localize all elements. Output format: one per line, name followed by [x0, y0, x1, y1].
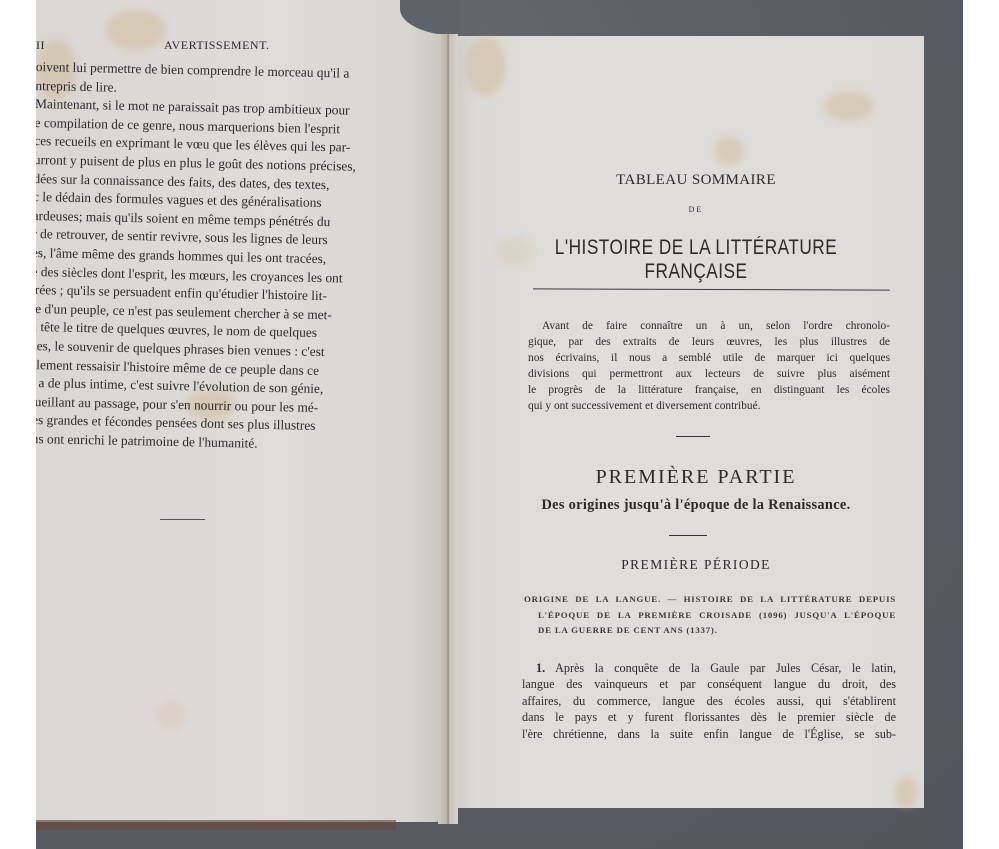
- left-page-text: oivent lui permettre de bien comprendre …: [36, 58, 424, 457]
- text-line: dans le pays et y furent florissantes dè…: [522, 709, 896, 725]
- text-line: langue des vainqueurs et par conséquent …: [522, 676, 896, 692]
- part-subtitle: Des origines jusqu'à l'époque de la Rena…: [486, 497, 906, 514]
- heading-main-title: L'HISTOIRE DE LA LITTÉRATURE FRANÇAISE: [524, 236, 868, 284]
- text-line: le progrès de la littérature française, …: [528, 382, 890, 398]
- part-title: PREMIÈRE PARTIE: [486, 466, 906, 489]
- heading-tableau-sommaire: TABLEAU SOMMAIRE: [486, 172, 906, 189]
- section-rule: [669, 535, 707, 536]
- text-line: DE LA GUERRE DE CENT ANS (1337).: [524, 623, 896, 639]
- text-line: ORIGINE DE LA LANGUE. — HISTOIRE DE LA L…: [524, 592, 896, 608]
- heading-de: DE: [486, 205, 906, 214]
- text-line: L'ÉPOQUE DE LA PREMIÈRE CROISADE (1096) …: [524, 608, 896, 624]
- book-photo: II AVERTISSEMENT. oivent lui permettre d…: [36, 0, 963, 849]
- section-rule: [676, 436, 710, 437]
- text-line: divisions qui permettront aux lecteurs d…: [528, 366, 890, 382]
- left-page: II AVERTISSEMENT. oivent lui permettre d…: [36, 0, 441, 822]
- page-number: II: [36, 38, 45, 53]
- text-line: affaires, du commerce, langue des écoles…: [522, 693, 896, 709]
- intro-paragraph: Avant de faire connaître un à un, selon …: [528, 318, 890, 414]
- running-head-title: AVERTISSEMENT.: [164, 38, 270, 53]
- text-line: qui y ont successivement et diversement …: [528, 398, 890, 414]
- text-line: l'ère chrétienne, dans la suite enfin la…: [522, 726, 896, 742]
- end-separator: [160, 519, 205, 520]
- text-line: 1. Après la conquête de la Gaule par Jul…: [522, 660, 896, 676]
- paragraph-number: 1.: [536, 661, 545, 675]
- text-span: Après la conquête de la Gaule par Jules …: [555, 661, 896, 675]
- text-line: gique, par des extraits de leurs œuvres,…: [528, 334, 890, 350]
- book-binding-gutter: [438, 34, 458, 824]
- text-line: Avant de faire connaître un à un, selon …: [528, 318, 890, 334]
- period-title: PREMIÈRE PÉRIODE: [486, 557, 906, 573]
- period-summary: ORIGINE DE LA LANGUE. — HISTOIRE DE LA L…: [524, 592, 896, 639]
- paragraph-1: 1. Après la conquête de la Gaule par Jul…: [522, 660, 896, 742]
- text-line: nos écrivains, il nous a semblé utile de…: [528, 350, 890, 366]
